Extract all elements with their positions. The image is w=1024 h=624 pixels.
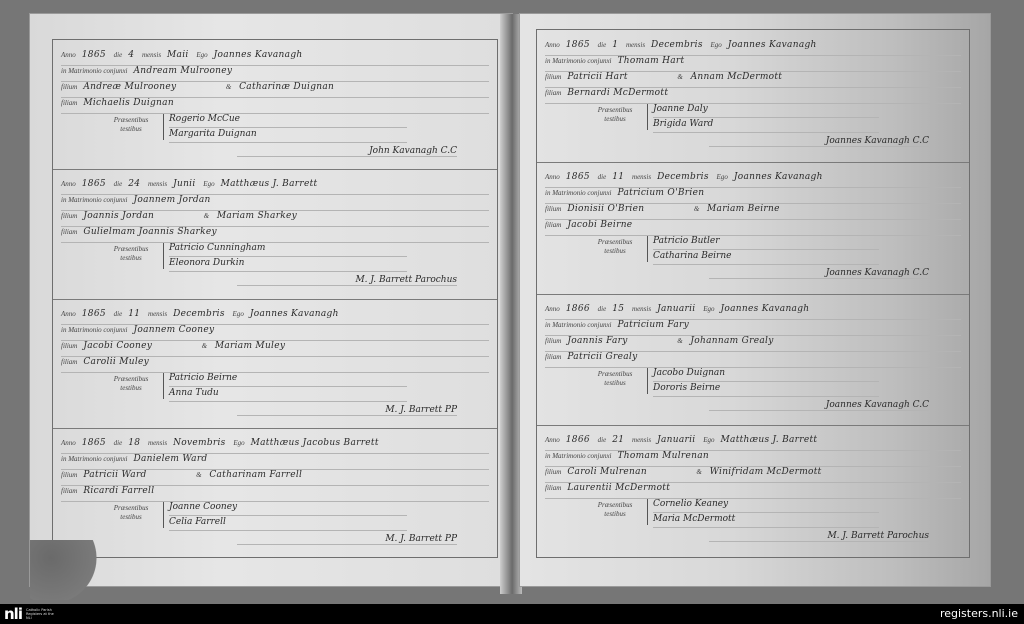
filiam-label: filiam bbox=[61, 358, 77, 366]
entry-year: 1865 bbox=[82, 438, 106, 448]
entry-year: 1865 bbox=[82, 309, 106, 319]
entry-year: 1865 bbox=[566, 172, 590, 182]
die-label: die bbox=[114, 439, 123, 447]
die-label: die bbox=[114, 51, 123, 59]
mensis-label: mensis bbox=[142, 51, 161, 59]
groom-name: Joannem Cooney bbox=[134, 325, 215, 335]
mensis-label: mensis bbox=[632, 436, 651, 444]
mensis-label: mensis bbox=[148, 439, 167, 447]
bride-father: Bernardi McDermott bbox=[567, 88, 668, 98]
footer-bar: nli Catholic Parish Registers at the NLI… bbox=[0, 604, 1024, 624]
entry-groom-row: in Matrimonio conjunxiPatricium O'Brien bbox=[545, 188, 961, 204]
filium-label: filium bbox=[61, 342, 77, 350]
entry-groom-row: in Matrimonio conjunxiPatricium Fary bbox=[545, 320, 961, 336]
ego-label: Ego bbox=[703, 436, 714, 444]
groom-father: Joannis Jordan bbox=[83, 211, 154, 221]
page-corner-shadow bbox=[30, 540, 100, 600]
conjunxi-label: in Matrimonio conjunxi bbox=[545, 452, 612, 460]
bride-name: Catharinam Farrell bbox=[209, 470, 302, 480]
entry-date-row: Anno1865 die11 mensisDecembris EgoJoanne… bbox=[61, 309, 489, 325]
ego-label: Ego bbox=[203, 180, 214, 188]
ego-label: Ego bbox=[233, 310, 244, 318]
entry-groom-row: in Matrimonio conjunxiThomam Hart bbox=[545, 56, 961, 72]
mensis-label: mensis bbox=[148, 310, 167, 318]
et-label: & bbox=[677, 73, 684, 81]
mensis-label: mensis bbox=[148, 180, 167, 188]
entry-date-row: Anno1865 die24 mensisJunii EgoMatthæus J… bbox=[61, 179, 489, 195]
conjunxi-label: in Matrimonio conjunxi bbox=[61, 455, 128, 463]
bride-father: Laurentii McDermott bbox=[567, 483, 670, 493]
entry-parents-row: filiumJacobi Cooney & Mariam Muley bbox=[61, 341, 489, 357]
entry-groom-row: in Matrimonio conjunxiDanielem Ward bbox=[61, 454, 489, 470]
witness-brace bbox=[647, 236, 648, 262]
filium-label: filium bbox=[545, 337, 561, 345]
entry-bride-father-row: filiamMichaelis Duignan bbox=[61, 98, 489, 114]
entry-day: 18 bbox=[128, 438, 140, 448]
priest-signature: M. J. Barrett PP bbox=[237, 405, 457, 416]
left-register-page: Anno1865 die4 mensisMaii EgoJoannes Kava… bbox=[30, 14, 512, 586]
officiant-name: Matthæus J. Barrett bbox=[221, 179, 318, 189]
entry-groom-row: in Matrimonio conjunxiAndream Mulrooney bbox=[61, 66, 489, 82]
anno-label: Anno bbox=[61, 310, 76, 318]
groom-name: Danielem Ward bbox=[134, 454, 208, 464]
witnesses-label: Præsentibustestibus bbox=[585, 106, 645, 124]
et-label: & bbox=[677, 337, 684, 345]
book-gutter bbox=[500, 14, 522, 594]
entry-month: Decembris bbox=[173, 309, 225, 319]
bride-name: Annam McDermott bbox=[691, 72, 783, 82]
witness-1: Patricio Cunningham bbox=[169, 243, 407, 257]
officiant-name: Joannes Kavanagh bbox=[734, 172, 823, 182]
mensis-label: mensis bbox=[632, 305, 651, 313]
ego-label: Ego bbox=[196, 51, 207, 59]
entry-year: 1866 bbox=[566, 435, 590, 445]
entry-groom-row: in Matrimonio conjunxiJoannem Jordan bbox=[61, 195, 489, 211]
entry-date-row: Anno1865 die18 mensisNovembris EgoMatthæ… bbox=[61, 438, 489, 454]
officiant-name: Matthæus J. Barrett bbox=[721, 435, 818, 445]
witness-brace bbox=[163, 373, 164, 399]
witnesses-label: Præsentibustestibus bbox=[585, 238, 645, 256]
conjunxi-label: in Matrimonio conjunxi bbox=[545, 57, 612, 65]
bride-father: Michaelis Duignan bbox=[83, 98, 174, 108]
witness-2: Brigida Ward bbox=[653, 119, 879, 133]
entry-month: Januarii bbox=[657, 435, 695, 445]
marriage-entry: Anno1866 die21 mensisJanuarii EgoMatthæu… bbox=[537, 425, 969, 557]
entry-bride-father-row: filiamJacobi Beirne bbox=[545, 220, 961, 236]
witness-2: Margarita Duignan bbox=[169, 129, 407, 143]
filium-label: filium bbox=[545, 205, 561, 213]
entry-bride-father-row: filiamBernardi McDermott bbox=[545, 88, 961, 104]
witness-1: Patricio Beirne bbox=[169, 373, 407, 387]
entry-day: 11 bbox=[612, 172, 624, 182]
entry-day: 11 bbox=[128, 309, 140, 319]
witness-brace bbox=[647, 499, 648, 525]
et-label: & bbox=[694, 205, 701, 213]
nli-logo-subtitle: Catholic Parish Registers at the NLI bbox=[26, 608, 56, 620]
conjunxi-label: in Matrimonio conjunxi bbox=[61, 67, 128, 75]
entry-day: 15 bbox=[612, 304, 624, 314]
conjunxi-label: in Matrimonio conjunxi bbox=[545, 321, 612, 329]
entry-date-row: Anno1865 die4 mensisMaii EgoJoannes Kava… bbox=[61, 50, 489, 66]
witness-1: Patricio Butler bbox=[653, 236, 879, 250]
witness-1: Cornelio Keaney bbox=[653, 499, 879, 513]
entry-parents-row: filiumPatricii Hart & Annam McDermott bbox=[545, 72, 961, 88]
filium-label: filium bbox=[61, 212, 77, 220]
entry-parents-row: filiumJoannis Jordan & Mariam Sharkey bbox=[61, 211, 489, 227]
marriage-entry: Anno1865 die1 mensisDecembris EgoJoannes… bbox=[537, 30, 969, 163]
entry-groom-row: in Matrimonio conjunxiJoannem Cooney bbox=[61, 325, 489, 341]
marriage-entry: Anno1865 die24 mensisJunii EgoMatthæus J… bbox=[53, 169, 497, 299]
groom-father: Patricii Ward bbox=[83, 470, 146, 480]
witnesses-label: Præsentibustestibus bbox=[585, 501, 645, 519]
groom-father: Joannis Fary bbox=[567, 336, 627, 346]
witness-1: Joanne Daly bbox=[653, 104, 879, 118]
entry-bride-father-row: filiamPatricii Grealy bbox=[545, 352, 961, 368]
witness-brace bbox=[647, 368, 648, 394]
bride-name: Mariam Beirne bbox=[707, 204, 780, 214]
conjunxi-label: in Matrimonio conjunxi bbox=[61, 196, 128, 204]
filium-label: filium bbox=[545, 468, 561, 476]
anno-label: Anno bbox=[61, 51, 76, 59]
entry-month: Maii bbox=[167, 50, 189, 60]
witness-1: Joanne Cooney bbox=[169, 502, 407, 516]
groom-name: Patricium Fary bbox=[618, 320, 690, 330]
entry-bride-father-row: filiamCarolii Muley bbox=[61, 357, 489, 373]
bride-father: Gulielmam Joannis Sharkey bbox=[83, 227, 217, 237]
priest-signature: John Kavanagh C.C bbox=[237, 146, 457, 157]
groom-name: Thomam Mulrenan bbox=[618, 451, 710, 461]
entry-month: Januarii bbox=[657, 304, 695, 314]
entry-month: Decembris bbox=[657, 172, 709, 182]
entry-bride-father-row: filiamLaurentii McDermott bbox=[545, 483, 961, 499]
mensis-label: mensis bbox=[632, 173, 651, 181]
marriage-entry: Anno1865 die11 mensisDecembris EgoJoanne… bbox=[537, 162, 969, 295]
groom-father: Caroli Mulrenan bbox=[567, 467, 647, 477]
witnesses-label: Præsentibustestibus bbox=[101, 375, 161, 393]
bride-name: Mariam Sharkey bbox=[217, 211, 297, 221]
entry-day: 24 bbox=[128, 179, 140, 189]
right-page-frame: Anno1865 die1 mensisDecembris EgoJoannes… bbox=[536, 29, 970, 558]
site-link[interactable]: registers.nli.ie bbox=[940, 607, 1018, 620]
entry-parents-row: filiumJoannis Fary & Johannam Grealy bbox=[545, 336, 961, 352]
conjunxi-label: in Matrimonio conjunxi bbox=[61, 326, 128, 334]
entry-date-row: Anno1865 die11 mensisDecembris EgoJoanne… bbox=[545, 172, 961, 188]
die-label: die bbox=[598, 41, 607, 49]
bride-name: Johannam Grealy bbox=[690, 336, 773, 346]
officiant-name: Joannes Kavanagh bbox=[250, 309, 339, 319]
et-label: & bbox=[202, 342, 209, 350]
ego-label: Ego bbox=[717, 173, 728, 181]
anno-label: Anno bbox=[61, 180, 76, 188]
filiam-label: filiam bbox=[61, 487, 77, 495]
bride-name: Catharinæ Duignan bbox=[239, 82, 334, 92]
anno-label: Anno bbox=[545, 436, 560, 444]
entry-day: 1 bbox=[612, 40, 618, 50]
witness-brace bbox=[163, 502, 164, 528]
filium-label: filium bbox=[61, 471, 77, 479]
anno-label: Anno bbox=[545, 41, 560, 49]
entry-year: 1865 bbox=[82, 50, 106, 60]
groom-name: Thomam Hart bbox=[618, 56, 685, 66]
witness-brace bbox=[163, 114, 164, 140]
conjunxi-label: in Matrimonio conjunxi bbox=[545, 189, 612, 197]
priest-signature: M. J. Barrett Parochus bbox=[709, 531, 929, 542]
die-label: die bbox=[598, 305, 607, 313]
entry-date-row: Anno1865 die1 mensisDecembris EgoJoannes… bbox=[545, 40, 961, 56]
filiam-label: filiam bbox=[545, 484, 561, 492]
marriage-entry: Anno1865 die11 mensisDecembris EgoJoanne… bbox=[53, 299, 497, 429]
die-label: die bbox=[114, 180, 123, 188]
groom-name: Andream Mulrooney bbox=[134, 66, 233, 76]
filium-label: filium bbox=[61, 83, 77, 91]
groom-father: Dionisii O'Brien bbox=[567, 204, 644, 214]
entry-parents-row: filiumDionisii O'Brien & Mariam Beirne bbox=[545, 204, 961, 220]
officiant-name: Joannes Kavanagh bbox=[214, 50, 303, 60]
bride-father: Carolii Muley bbox=[83, 357, 149, 367]
witness-2: Celia Farrell bbox=[169, 517, 407, 531]
right-register-page: Anno1865 die1 mensisDecembris EgoJoannes… bbox=[520, 14, 990, 586]
priest-signature: Joannes Kavanagh C.C bbox=[709, 268, 929, 279]
witness-brace bbox=[647, 104, 648, 130]
witness-2: Anna Tudu bbox=[169, 388, 407, 402]
officiant-name: Matthæus Jacobus Barrett bbox=[251, 438, 379, 448]
image-viewer[interactable]: Anno1865 die4 mensisMaii EgoJoannes Kava… bbox=[0, 0, 1024, 604]
entry-month: Decembris bbox=[651, 40, 703, 50]
ego-label: Ego bbox=[233, 439, 244, 447]
anno-label: Anno bbox=[61, 439, 76, 447]
witness-2: Maria McDermott bbox=[653, 514, 879, 528]
die-label: die bbox=[598, 436, 607, 444]
ego-label: Ego bbox=[703, 305, 714, 313]
mensis-label: mensis bbox=[626, 41, 645, 49]
bride-father: Jacobi Beirne bbox=[567, 220, 632, 230]
entry-groom-row: in Matrimonio conjunxiThomam Mulrenan bbox=[545, 451, 961, 467]
filiam-label: filiam bbox=[61, 228, 77, 236]
filium-label: filium bbox=[545, 73, 561, 81]
priest-signature: M. J. Barrett PP bbox=[237, 534, 457, 545]
anno-label: Anno bbox=[545, 173, 560, 181]
et-label: & bbox=[204, 212, 211, 220]
filiam-label: filiam bbox=[61, 99, 77, 107]
witnesses-label: Præsentibustestibus bbox=[101, 504, 161, 522]
witness-2: Eleonora Durkin bbox=[169, 258, 407, 272]
et-label: & bbox=[226, 83, 233, 91]
bride-name: Mariam Muley bbox=[215, 341, 285, 351]
ego-label: Ego bbox=[711, 41, 722, 49]
et-label: & bbox=[196, 471, 203, 479]
entry-parents-row: filiumPatricii Ward & Catharinam Farrell bbox=[61, 470, 489, 486]
filiam-label: filiam bbox=[545, 221, 561, 229]
entry-month: Novembris bbox=[173, 438, 226, 448]
left-page-frame: Anno1865 die4 mensisMaii EgoJoannes Kava… bbox=[52, 39, 498, 558]
groom-father: Jacobi Cooney bbox=[83, 341, 152, 351]
filiam-label: filiam bbox=[545, 89, 561, 97]
entry-year: 1866 bbox=[566, 304, 590, 314]
officiant-name: Joannes Kavanagh bbox=[728, 40, 817, 50]
entry-bride-father-row: filiamGulielmam Joannis Sharkey bbox=[61, 227, 489, 243]
priest-signature: Joannes Kavanagh C.C bbox=[709, 136, 929, 147]
marriage-entry: Anno1865 die18 mensisNovembris EgoMatthæ… bbox=[53, 428, 497, 557]
witness-1: Jacobo Duignan bbox=[653, 368, 879, 382]
marriage-entry: Anno1865 die4 mensisMaii EgoJoannes Kava… bbox=[53, 40, 497, 170]
witnesses-label: Præsentibustestibus bbox=[101, 116, 161, 134]
officiant-name: Joannes Kavanagh bbox=[721, 304, 810, 314]
bride-father: Patricii Grealy bbox=[567, 352, 637, 362]
witness-1: Rogerio McCue bbox=[169, 114, 407, 128]
priest-signature: M. J. Barrett Parochus bbox=[237, 275, 457, 286]
die-label: die bbox=[114, 310, 123, 318]
filiam-label: filiam bbox=[545, 353, 561, 361]
entry-day: 21 bbox=[612, 435, 624, 445]
bride-father: Ricardi Farrell bbox=[83, 486, 154, 496]
groom-name: Joannem Jordan bbox=[134, 195, 211, 205]
nli-logo[interactable]: nli bbox=[4, 606, 22, 622]
entry-day: 4 bbox=[128, 50, 134, 60]
entry-bride-father-row: filiamRicardi Farrell bbox=[61, 486, 489, 502]
entry-date-row: Anno1866 die15 mensisJanuarii EgoJoannes… bbox=[545, 304, 961, 320]
marriage-entry: Anno1866 die15 mensisJanuarii EgoJoannes… bbox=[537, 294, 969, 427]
witnesses-label: Præsentibustestibus bbox=[585, 370, 645, 388]
entry-year: 1865 bbox=[566, 40, 590, 50]
entry-date-row: Anno1866 die21 mensisJanuarii EgoMatthæu… bbox=[545, 435, 961, 451]
anno-label: Anno bbox=[545, 305, 560, 313]
priest-signature: Joannes Kavanagh C.C bbox=[709, 400, 929, 411]
witnesses-label: Præsentibustestibus bbox=[101, 245, 161, 263]
groom-father: Patricii Hart bbox=[567, 72, 628, 82]
groom-name: Patricium O'Brien bbox=[618, 188, 705, 198]
entry-parents-row: filiumCaroli Mulrenan & Winifridam McDer… bbox=[545, 467, 961, 483]
witness-2: Dororis Beirne bbox=[653, 383, 879, 397]
groom-father: Andreæ Mulrooney bbox=[83, 82, 176, 92]
entry-year: 1865 bbox=[82, 179, 106, 189]
die-label: die bbox=[598, 173, 607, 181]
entry-month: Junii bbox=[173, 179, 195, 189]
et-label: & bbox=[696, 468, 703, 476]
entry-parents-row: filiumAndreæ Mulrooney & Catharinæ Duign… bbox=[61, 82, 489, 98]
witness-brace bbox=[163, 243, 164, 269]
witness-2: Catharina Beirne bbox=[653, 251, 879, 265]
bride-name: Winifridam McDermott bbox=[710, 467, 822, 477]
